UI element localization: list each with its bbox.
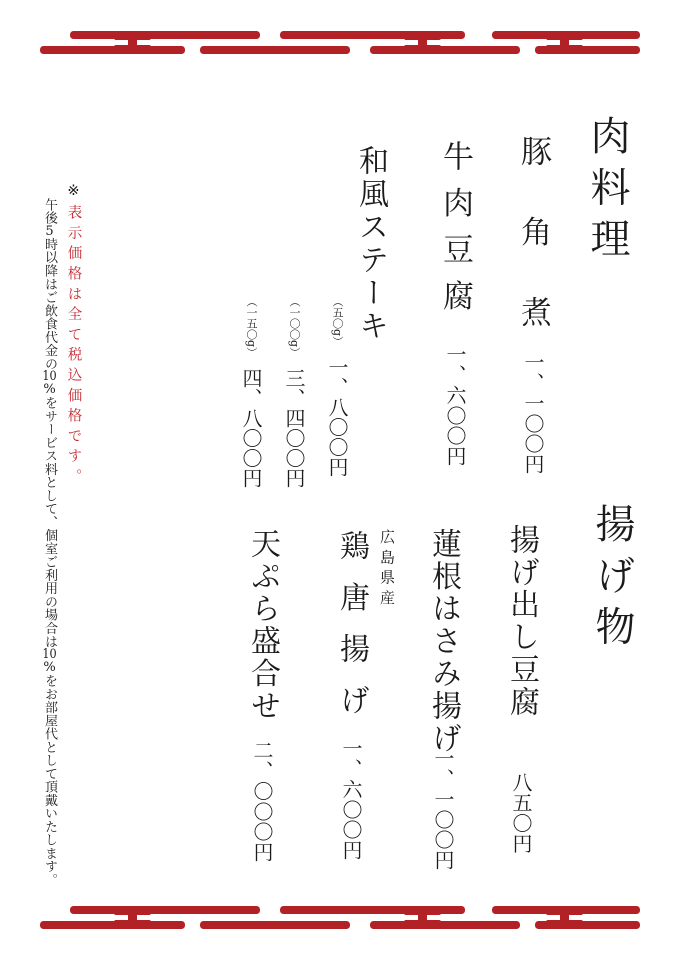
item-tempura-name: 天ぷら盛合せ (247, 528, 277, 722)
notes-service: 午後5時以降はご飲食代金の10%をサービス料として、個室ご利用の場合は10%をお… (43, 198, 56, 886)
item-agedashi-tofu-price: 八五〇円 (511, 772, 531, 854)
tax-note-text: 表示価格は全て税込価格です。 (66, 205, 82, 489)
service-note-digit: 10 (42, 370, 57, 383)
steak-variant-50g: （五〇g）一、八〇〇円 (327, 296, 347, 477)
steak-variant-price: 三、四〇〇円 (282, 368, 306, 488)
item-karaage-price: 一、六〇〇円 (341, 738, 361, 860)
item-karaage-name: 鶏唐揚げ (336, 530, 366, 736)
item-renkon-name: 蓮根はさみ揚げ (428, 528, 458, 755)
service-note-segment: 午後 (42, 198, 57, 225)
item-tempura-price: 二、〇〇〇円 (252, 740, 272, 862)
item-beef-tofu-price: 一、六〇〇円 (445, 344, 465, 466)
item-beef-tofu-name: 牛肉豆腐 (439, 140, 470, 326)
section-title-fried: 揚げ物 (592, 503, 632, 657)
steak-variant-150g: （一五〇g）四、八〇〇円 (241, 296, 261, 488)
steak-variant-price: 四、八〇〇円 (239, 368, 263, 488)
service-note-digit: 10 (42, 648, 57, 661)
item-renkon-price: 一、一〇〇円 (433, 748, 453, 870)
item-karaage-origin: 広島県産 (379, 529, 394, 610)
service-note-percent: % (42, 661, 57, 674)
service-note-digit: 5 (42, 225, 57, 238)
service-note-segment: をサービス料として、個室ご利用の場合は (42, 396, 57, 648)
steak-variant-100g: （一〇〇g）三、四〇〇円 (284, 296, 304, 488)
steak-variant-size: （一〇〇g） (288, 296, 301, 358)
item-agedashi-tofu-name: 揚げ出し豆腐 (506, 524, 536, 718)
service-note-percent: % (42, 383, 57, 396)
menu-page: 肉料理 豚角煮 一、一〇〇円 牛肉豆腐 一、六〇〇円 和風ステーキ （五〇g）一… (0, 0, 680, 962)
steak-variant-size: （五〇g） (331, 296, 344, 347)
tax-note-mark: ※ (66, 183, 82, 205)
steak-variant-size: （一五〇g） (245, 296, 258, 358)
item-pork-kakuni-name: 豚角煮 (517, 135, 548, 377)
service-note-segment: 時以降はご飲食代金の (42, 238, 57, 371)
service-note-segment: をお部屋代として頂戴いたします。 (42, 674, 57, 886)
steak-variant-price: 一、八〇〇円 (325, 357, 349, 477)
cloud-border-top-decoration (40, 27, 640, 61)
notes-tax: ※表示価格は全て税込価格です。 (66, 183, 81, 489)
cloud-border-bottom-decoration (40, 902, 640, 936)
item-pork-kakuni-price: 一、一〇〇円 (523, 352, 543, 474)
section-title-meat: 肉料理 (587, 115, 627, 269)
item-steak-name: 和風ステーキ (355, 145, 385, 343)
